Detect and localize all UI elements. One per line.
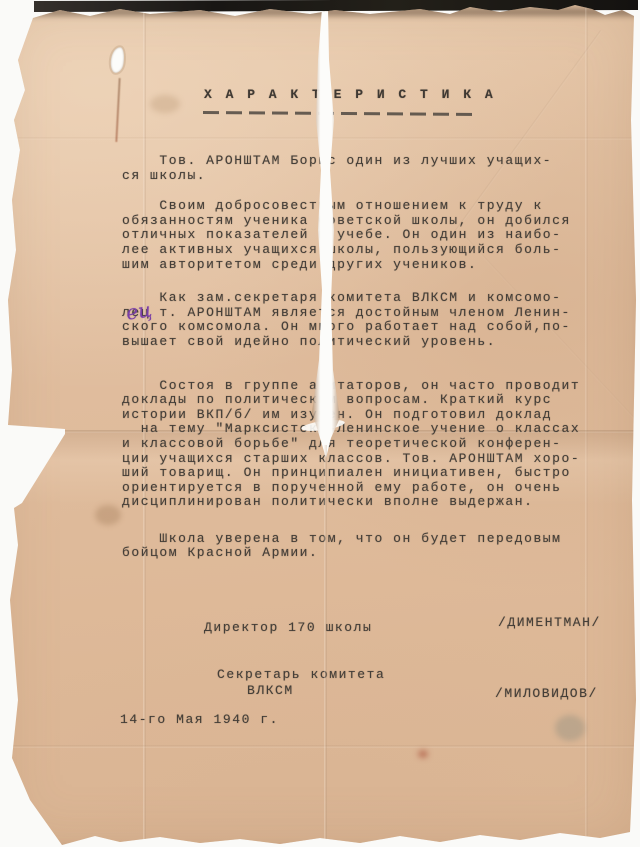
scanned-document: Х А Р А К Т Е Р И С Т И К А Тов. АРОНШТА…: [0, 0, 640, 847]
text-line: на тему "Марксистско-Ленинское учение о …: [122, 422, 622, 437]
text-line: доклады по политическим вопросам. Кратки…: [122, 393, 622, 408]
signature-role-secretary: Секретарь комитета: [217, 668, 385, 683]
paragraph: Тов. АРОНШТАМ Борис один из лучших учащи…: [122, 154, 622, 183]
central-crease-lower: [324, 445, 327, 847]
text-line: Тов. АРОНШТАМ Борис один из лучших учащи…: [122, 154, 622, 169]
text-line: Состоя в группе агитаторов, он часто про…: [122, 379, 622, 394]
signature-role-vlksm: ВЛКСМ: [247, 684, 294, 699]
signature-name-director: /ДИМЕНТМАН/: [498, 616, 601, 631]
text-line: истории ВКП/б/ им изучен. Он подготовил …: [122, 408, 622, 423]
text-line: шим авторитетом среди других учеников.: [122, 258, 622, 273]
paragraph: Школа уверена в том, что он будет передо…: [122, 532, 622, 561]
horizontal-fold-lower: [0, 745, 640, 748]
text-line: ший товарищ. Он принципиален инициативен…: [122, 466, 622, 481]
handwritten-correction: ец: [124, 297, 153, 324]
text-line: Своим добросовестным отношением к труду …: [122, 199, 622, 214]
text-line: Как зам.секретаря комитета ВЛКСМ и комсо…: [122, 291, 622, 306]
stain-top: [150, 95, 180, 113]
text-line: вышает свой идейно политический уровень.: [122, 335, 622, 350]
stain-red-dot: [418, 750, 428, 758]
text-line: ориентируется в порученной ему работе, о…: [122, 481, 622, 496]
text-line: бойцом Красной Армии.: [122, 546, 622, 561]
text-line: отличных показателей в учебе. Он один из…: [122, 228, 622, 243]
text-line: и классовой борьбе" для теоретической ко…: [122, 437, 622, 452]
text-line: ции учащихся старших классов. Тов. АРОНШ…: [122, 452, 622, 467]
text-line: лее активных учащихся школы, пользующийс…: [122, 243, 622, 258]
document-date: 14-го Мая 1940 г.: [120, 713, 279, 728]
document-paper: Х А Р А К Т Е Р И С Т И К А Тов. АРОНШТА…: [0, 0, 640, 847]
signature-name-secretary: /МИЛОВИДОВ/: [495, 687, 598, 702]
paragraph: Состоя в группе агитаторов, он часто про…: [122, 379, 622, 510]
stain-left: [95, 505, 121, 525]
text-line: ского комсомола. Он много работает над с…: [122, 320, 622, 335]
paragraph: Как зам.секретаря комитета ВЛКСМ и комсо…: [122, 291, 622, 349]
document-body: Тов. АРОНШТАМ Борис один из лучших учащи…: [122, 154, 622, 561]
paragraph: Своим добросовестным отношением к труду …: [122, 199, 622, 272]
signature-role-director: Директор 170 школы: [204, 621, 372, 636]
stain-bluish-right: [555, 715, 585, 741]
text-line: ся школы.: [122, 169, 622, 184]
text-line: дисциплинирован политически вполне выдер…: [122, 495, 622, 510]
document-title: Х А Р А К Т Е Р И С Т И К А: [204, 88, 496, 103]
